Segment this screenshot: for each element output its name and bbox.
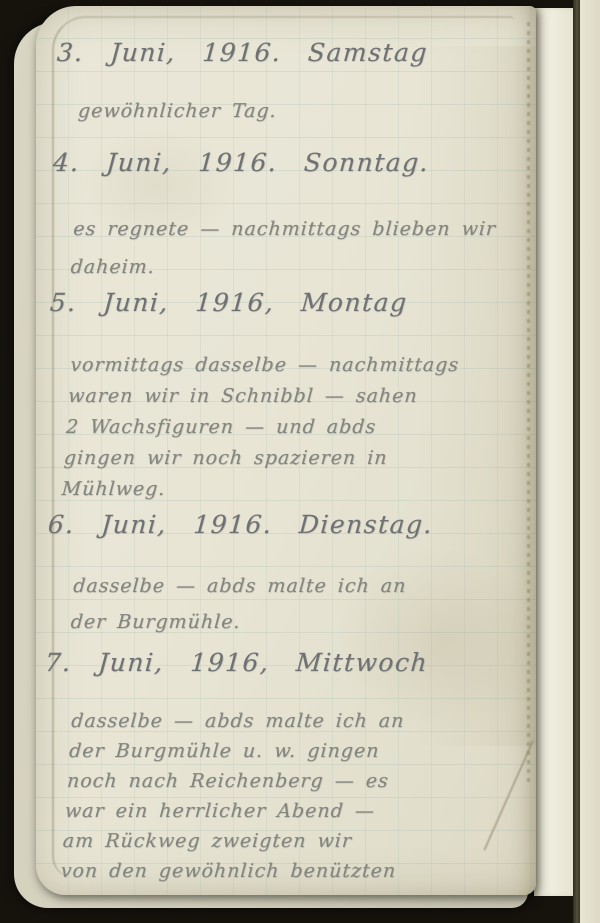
underlying-page-edge	[534, 8, 574, 896]
entry-body-5-juni: vormittags dasselbe — nachmittags waren …	[61, 350, 461, 505]
diary-page: 3. Juni, 1916. Samstag gewöhnlicher Tag.…	[36, 6, 536, 895]
entry-body-4-juni: es regnete — nachmittags blieben wir dah…	[69, 210, 497, 286]
photo-scene: 3. Juni, 1916. Samstag gewöhnlicher Tag.…	[0, 0, 600, 923]
entry-body-7-juni: dasselbe — abds malte ich an der Burgmüh…	[60, 706, 408, 886]
entry-date-7-juni: 7. Juni, 1916, Mittwoch	[44, 648, 429, 677]
page-stack-edge	[580, 0, 600, 923]
perforation-edge	[527, 22, 530, 782]
torn-corner-line	[483, 740, 534, 850]
entry-body-6-juni: dasselbe — abds malte ich an der Burgmüh…	[69, 568, 407, 640]
entry-date-6-juni: 6. Juni, 1916. Dienstag.	[47, 510, 434, 539]
entry-date-5-juni: 5. Juni, 1916, Montag	[49, 288, 409, 317]
entry-date-4-juni: 4. Juni, 1916. Sonntag.	[52, 148, 430, 177]
entry-body-3-juni: gewöhnlicher Tag.	[77, 100, 277, 122]
entry-date-3-juni: 3. Juni, 1916. Samstag	[56, 38, 429, 67]
